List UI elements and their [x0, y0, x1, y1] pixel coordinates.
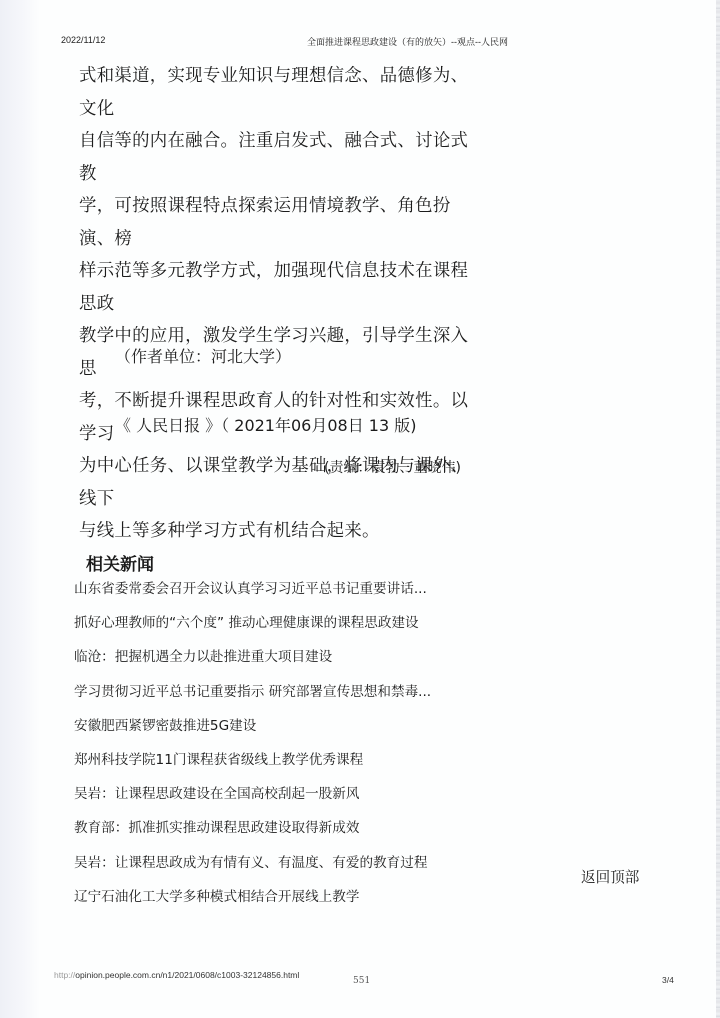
related-news-link[interactable]: 吴岩：让课程思政建设在全国高校刮起一股新风 — [74, 777, 431, 811]
print-date: 2022/11/12 — [61, 35, 105, 45]
related-news-link[interactable]: 临沧：把握机遇全力以赴推进重大项目建设 — [74, 640, 431, 674]
paragraph-line: 与线上等多种学习方式有机结合起来。 — [79, 515, 479, 548]
editor-credit: (责编：袁勃、董晓伟) — [324, 457, 461, 477]
source-citation: 《 人民日报 》（ 2021年06月08日 13 版) — [115, 413, 416, 436]
related-news-link[interactable]: 安徽肥西紧锣密鼓推进5G建设 — [74, 709, 431, 743]
paragraph-line: 学，可按照课程特点探索运用情境教学、角色扮演、榜 — [79, 190, 479, 255]
related-news-link[interactable]: 教育部：抓准抓实推动课程思政建设取得新成效 — [74, 811, 431, 845]
related-news-link[interactable]: 郑州科技学院11门课程获省级线上教学优秀课程 — [74, 743, 431, 777]
related-news-list: 山东省委常委会召开会议认真学习习近平总书记重要讲话... 抓好心理教师的“六个度… — [74, 572, 431, 914]
back-to-top-link[interactable]: 返回顶部 — [581, 866, 639, 887]
page-number: 3/4 — [662, 975, 674, 985]
related-news-link[interactable]: 辽宁石油化工大学多种模式相结合开展线上教学 — [74, 880, 431, 914]
related-news-link[interactable]: 学习贯彻习近平总书记重要指示 研究部署宣传思想和禁毒... — [74, 675, 431, 709]
author-unit: （作者单位：河北大学） — [115, 344, 291, 367]
scan-left-shadow — [0, 0, 40, 1018]
related-news-link[interactable]: 山东省委常委会召开会议认真学习习近平总书记重要讲话... — [74, 572, 431, 606]
url-prefix: http:// — [54, 970, 75, 980]
paragraph-line: 样示范等多元教学方式，加强现代信息技术在课程思政 — [79, 255, 479, 320]
print-url: http://opinion.people.com.cn/n1/2021/060… — [54, 970, 299, 980]
related-news-link[interactable]: 抓好心理教师的“六个度” 推动心理健康课的课程思政建设 — [74, 606, 431, 640]
print-page-title: 全面推进课程思政建设（有的放矢）--观点--人民网 — [307, 35, 508, 48]
paragraph-line: 式和渠道，实现专业知识与理想信念、品德修为、文化 — [79, 60, 479, 125]
url-path: opinion.people.com.cn/n1/2021/0608/c1003… — [75, 970, 299, 980]
print-footer: http://opinion.people.com.cn/n1/2021/060… — [0, 970, 720, 984]
paragraph-line: 自信等的内在融合。注重启发式、融合式、讨论式教 — [79, 125, 479, 190]
print-header: 2022/11/12 全面推进课程思政建设（有的放矢）--观点--人民网 — [0, 35, 720, 49]
related-news-link[interactable]: 吴岩：让课程思政成为有情有义、有温度、有爱的教育过程 — [74, 846, 431, 880]
stamp-number: 551 — [353, 976, 370, 986]
scan-right-edge — [716, 0, 720, 1018]
